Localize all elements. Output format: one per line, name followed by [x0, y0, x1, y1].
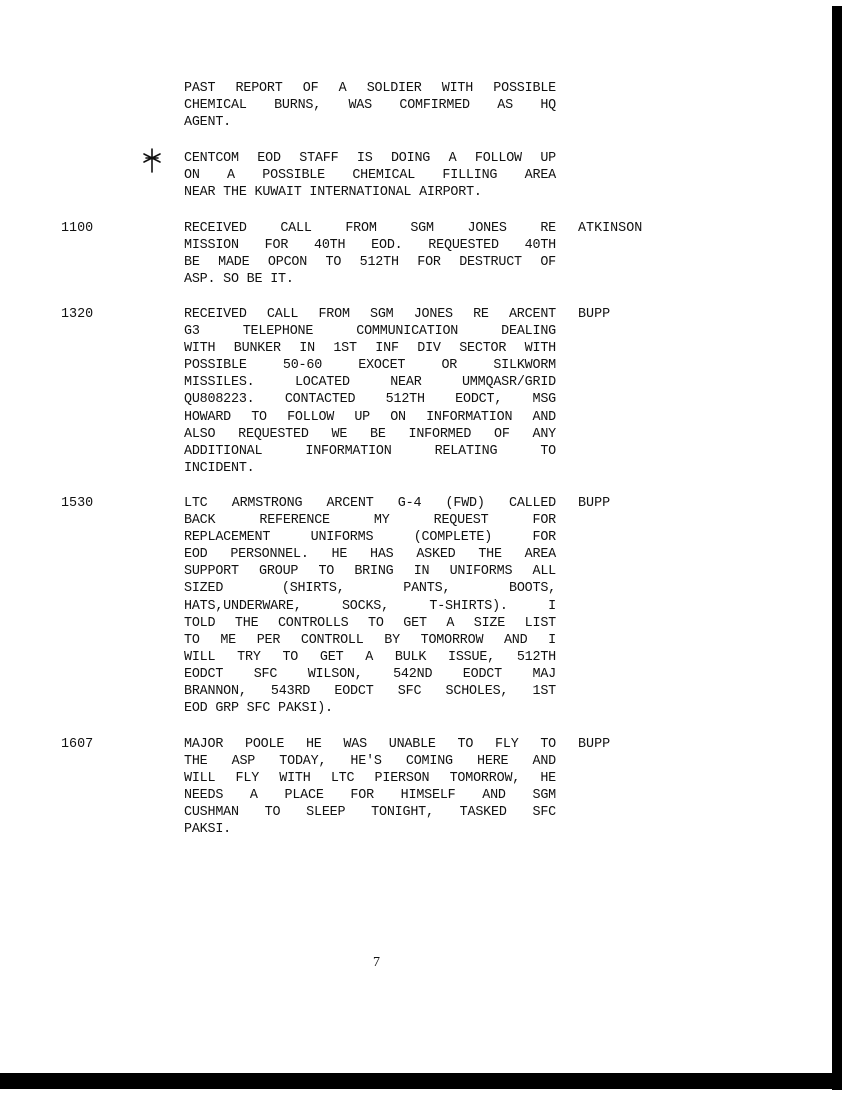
entry-time: 1320 [61, 306, 93, 323]
text-line: TO ME PER CONTROLL BY TOMORROW AND I [184, 632, 556, 649]
entry-initials: ATKINSON [578, 220, 642, 237]
text-line: REPLACEMENT UNIFORMS (COMPLETE) FOR [184, 529, 556, 546]
entry-text: RECEIVED CALL FROM SGM JONES RE ARCENT G… [184, 306, 556, 477]
text-line: WILL FLY WITH LTC PIERSON TOMORROW, HE [184, 770, 556, 787]
entry-initials: BUPP [578, 495, 610, 512]
text-line: QU808223. CONTACTED 512TH EODCT, MSG [184, 391, 556, 408]
text-line: EODCT SFC WILSON, 542ND EODCT MAJ [184, 666, 556, 683]
text-line: MISSION FOR 40TH EOD. REQUESTED 40TH [184, 237, 556, 254]
text-line: SUPPORT GROUP TO BRING IN UNIFORMS ALL [184, 563, 556, 580]
starred-note-paragraph: CENTCOM EOD STAFF IS DOING A FOLLOW UP O… [184, 150, 556, 201]
text-line: RECEIVED CALL FROM SGM JONES RE [184, 220, 556, 237]
text-line: HOWARD TO FOLLOW UP ON INFORMATION AND [184, 409, 556, 426]
text-line: MISSILES. LOCATED NEAR UMMQASR/GRID [184, 374, 556, 391]
text-line: POSSIBLE 50-60 EXOCET OR SILKWORM [184, 357, 556, 374]
text-line: PAST REPORT OF A SOLDIER WITH POSSIBLE [184, 80, 556, 97]
continuation-paragraph: PAST REPORT OF A SOLDIER WITH POSSIBLE C… [184, 80, 556, 131]
text-line: EOD GRP SFC PAKSI). [184, 700, 556, 717]
entry-initials: BUPP [578, 306, 610, 323]
text-line: BACK REFERENCE MY REQUEST FOR [184, 512, 556, 529]
entry-time: 1607 [61, 736, 93, 753]
text-line: ADDITIONAL INFORMATION RELATING TO [184, 443, 556, 460]
text-line: RECEIVED CALL FROM SGM JONES RE ARCENT [184, 306, 556, 323]
text-line: ALSO REQUESTED WE BE INFORMED OF ANY [184, 426, 556, 443]
text-line: NEEDS A PLACE FOR HIMSELF AND SGM [184, 787, 556, 804]
entry-time: 1100 [61, 220, 93, 237]
page-number: 7 [373, 955, 380, 971]
text-line: ASP. SO BE IT. [184, 271, 556, 288]
text-line: CHEMICAL BURNS, WAS COMFIRMED AS HQ [184, 97, 556, 114]
text-line: CENTCOM EOD STAFF IS DOING A FOLLOW UP [184, 150, 556, 167]
text-line: HATS,UNDERWARE, SOCKS, T-SHIRTS). I [184, 598, 556, 615]
text-line: MAJOR POOLE HE WAS UNABLE TO FLY TO [184, 736, 556, 753]
text-line: EOD PERSONNEL. HE HAS ASKED THE AREA [184, 546, 556, 563]
text-line: LTC ARMSTRONG ARCENT G-4 (FWD) CALLED [184, 495, 556, 512]
entry-text: MAJOR POOLE HE WAS UNABLE TO FLY TO THE … [184, 736, 556, 839]
scan-bottom-border [0, 1073, 842, 1089]
text-line: INCIDENT. [184, 460, 556, 477]
entry-text: LTC ARMSTRONG ARCENT G-4 (FWD) CALLED BA… [184, 495, 556, 717]
text-line: WITH BUNKER IN 1ST INF DIV SECTOR WITH [184, 340, 556, 357]
text-line: AGENT. [184, 114, 556, 131]
text-line: PAKSI. [184, 821, 556, 838]
entry-time: 1530 [61, 495, 93, 512]
text-line: BRANNON, 543RD EODCT SFC SCHOLES, 1ST [184, 683, 556, 700]
entry-text: RECEIVED CALL FROM SGM JONES RE MISSION … [184, 220, 556, 288]
text-line: BE MADE OPCON TO 512TH FOR DESTRUCT OF [184, 254, 556, 271]
entry-initials: BUPP [578, 736, 610, 753]
scan-right-border [832, 6, 842, 1090]
text-line: NEAR THE KUWAIT INTERNATIONAL AIRPORT. [184, 184, 556, 201]
handwritten-asterisk-icon [141, 146, 163, 174]
text-line: TOLD THE CONTROLLS TO GET A SIZE LIST [184, 615, 556, 632]
text-line: CUSHMAN TO SLEEP TONIGHT, TASKED SFC [184, 804, 556, 821]
text-line: THE ASP TODAY, HE'S COMING HERE AND [184, 753, 556, 770]
text-line: SIZED (SHIRTS, PANTS, BOOTS, [184, 580, 556, 597]
text-line: ON A POSSIBLE CHEMICAL FILLING AREA [184, 167, 556, 184]
text-line: WILL TRY TO GET A BULK ISSUE, 512TH [184, 649, 556, 666]
text-line: G3 TELEPHONE COMMUNICATION DEALING [184, 323, 556, 340]
